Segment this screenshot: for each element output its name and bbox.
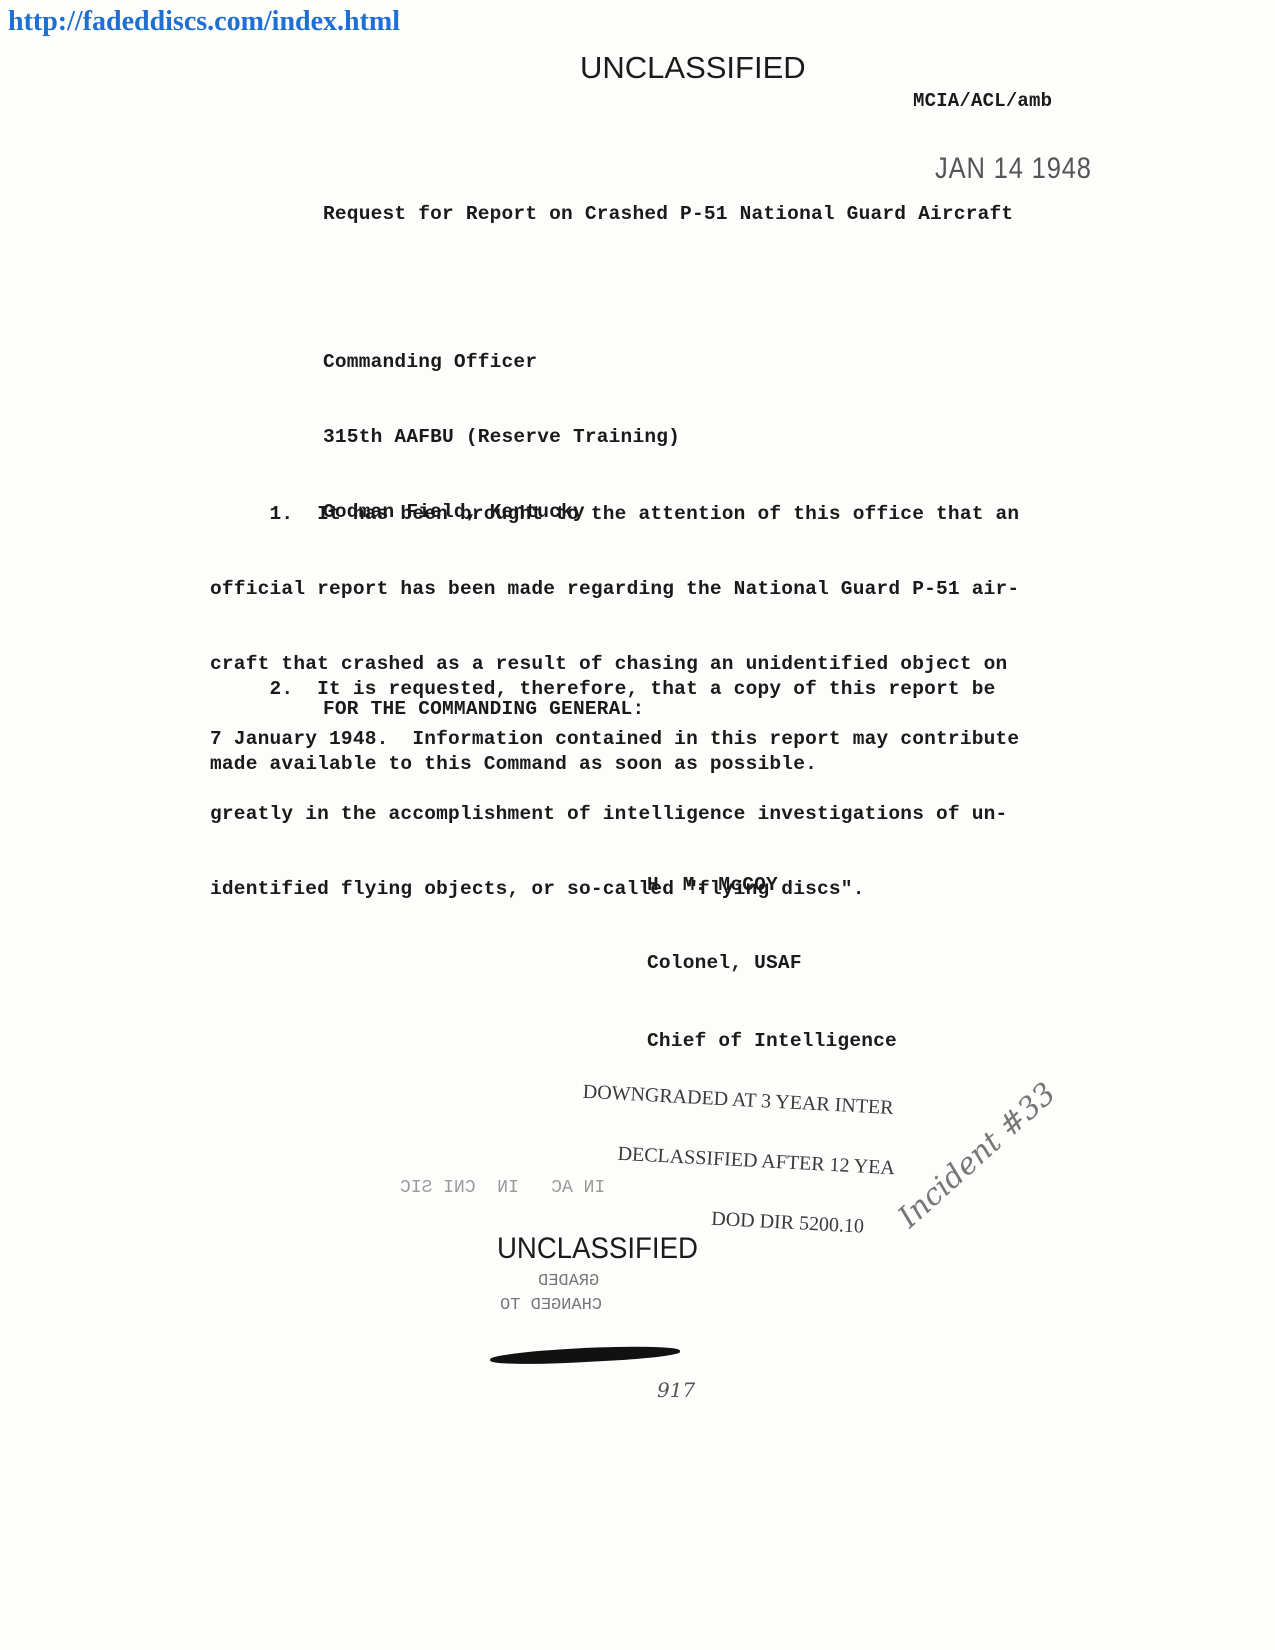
faded-reversed-stamp: IN AC IN CNI SIC [400, 1178, 605, 1198]
mirrored-stamp-line: GRADED [538, 1272, 599, 1291]
closing-line: FOR THE COMMANDING GENERAL: [323, 698, 644, 720]
handwritten-number: 917 [657, 1378, 695, 1402]
reference-code: MCIA/ACL/amb [913, 90, 1052, 112]
stamp-line: DECLASSIFIED AFTER 12 YEA [579, 1142, 895, 1178]
paragraph-line: official report has been made regarding … [210, 577, 1019, 602]
source-link[interactable]: http://fadeddiscs.com/index.html [8, 6, 400, 38]
paragraph-line: 1. It has been brought to the attention … [210, 502, 1019, 527]
mirrored-stamp-line: CHANGED TO [500, 1296, 602, 1315]
redaction-scribble [490, 1343, 680, 1367]
signer-rank: Colonel, USAF [647, 950, 897, 976]
memo-subject: Request for Report on Crashed P-51 Natio… [323, 203, 1013, 225]
paragraph-line: identified flying objects, or so-called … [210, 877, 1019, 902]
paragraph-line: made available to this Command as soon a… [210, 752, 996, 777]
classification-stamp-bottom: UNCLASSIFIED [497, 1232, 698, 1266]
handwritten-note: Incident #33 [892, 1076, 1063, 1235]
signer-name: H. M. McCOY [647, 872, 897, 898]
paragraph-line: greatly in the accomplishment of intelli… [210, 802, 1019, 827]
downgrade-stamp: DOWNGRADED AT 3 YEAR INTER DECLASSIFIED … [575, 1042, 901, 1258]
signature-block: H. M. McCOY Colonel, USAF Chief of Intel… [647, 820, 897, 1080]
addressee-line: Commanding Officer [323, 350, 680, 375]
stamp-line: DOWNGRADED AT 3 YEAR INTER [582, 1082, 898, 1118]
date-stamp: JAN 14 1948 [935, 152, 1092, 186]
classification-stamp-top: UNCLASSIFIED [580, 50, 806, 86]
addressee-line: 315th AAFBU (Reserve Training) [323, 425, 680, 450]
